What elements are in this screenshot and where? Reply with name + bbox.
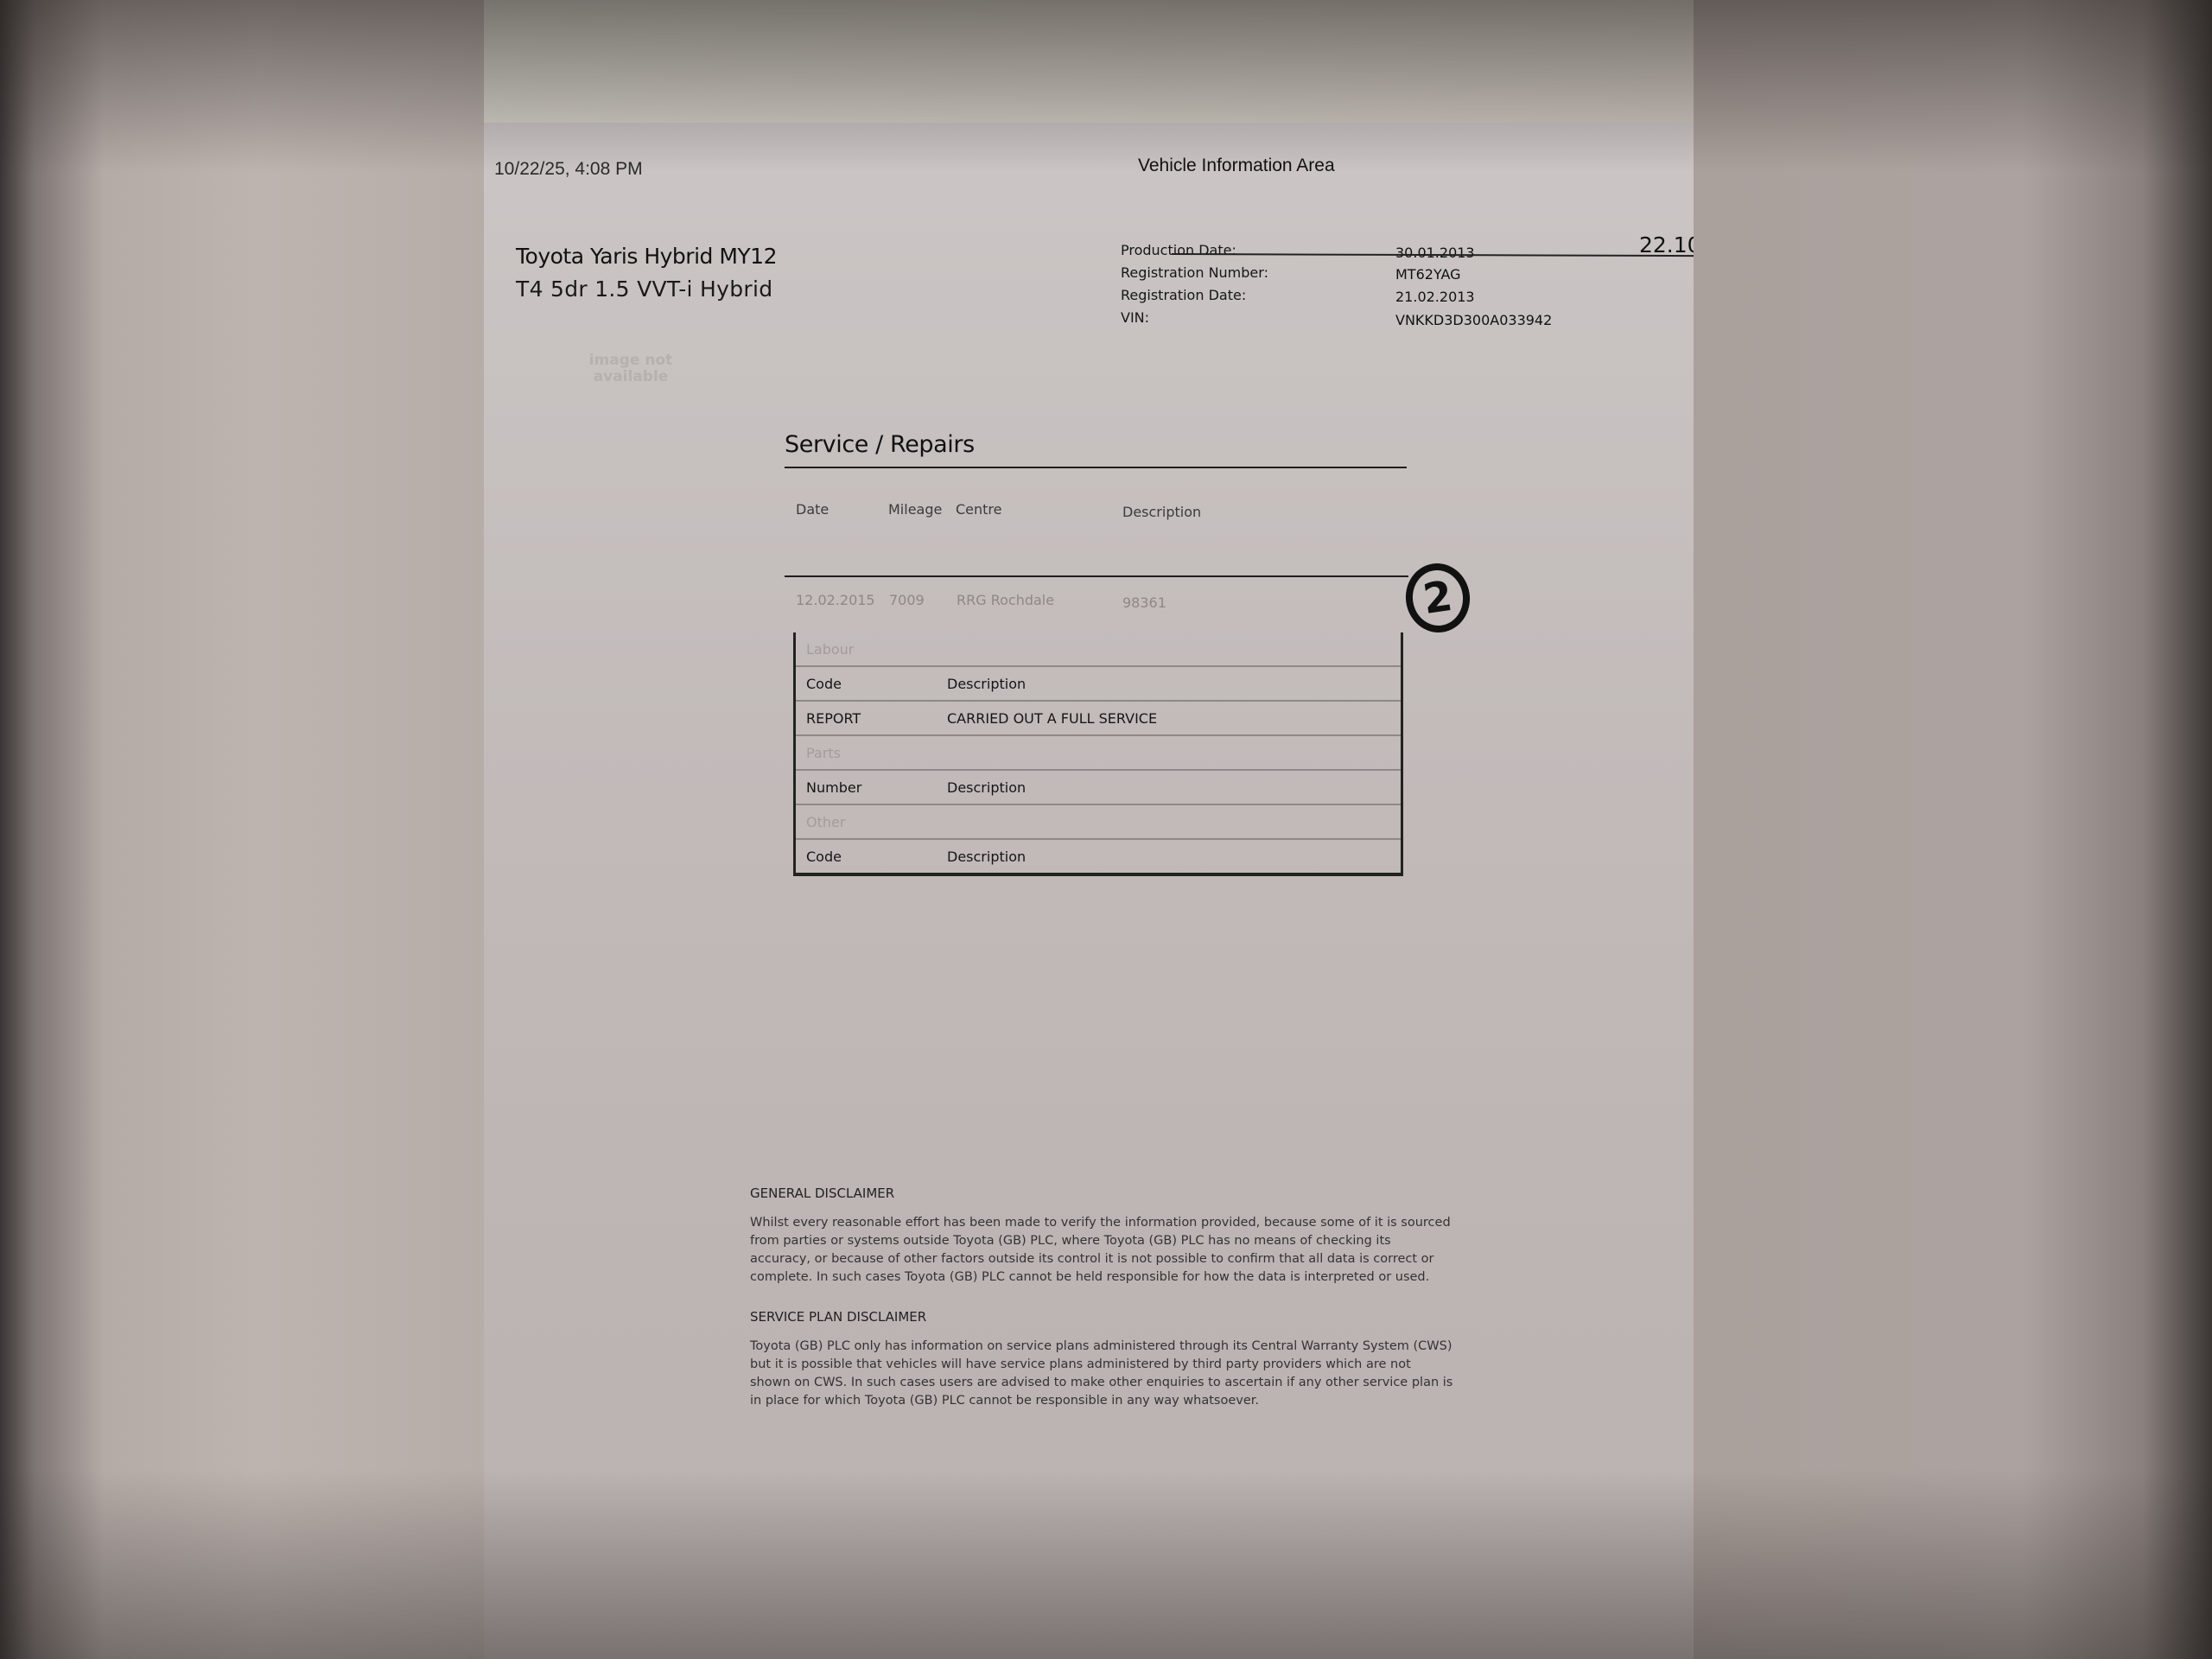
info-value-registration-number: MT62YAG (1395, 266, 1461, 283)
paper-behind (484, 0, 1694, 123)
background-left (0, 0, 484, 1659)
table-row-other-section: Other (796, 805, 1401, 840)
overflow-date: 22.10.20 (1639, 232, 1694, 257)
record-detail-table: Labour Code Description REPORT CARRIED O… (793, 632, 1403, 876)
print-timestamp: 10/22/25, 4:08 PM (494, 159, 643, 180)
info-value-production-date: 30.01.2013 (1395, 245, 1475, 261)
table-row-parts-section: Parts (796, 736, 1401, 771)
parts-description-header: Description (947, 779, 1026, 796)
info-label-registration-date: Registration Date: (1121, 287, 1246, 303)
info-value-registration-date: 21.02.2013 (1395, 289, 1475, 305)
labour-description-header: Description (947, 676, 1026, 692)
page-title: Vehicle Information Area (1138, 156, 1335, 176)
section-label-labour: Labour (806, 641, 854, 658)
table-row-labour-header: Code Description (796, 667, 1401, 702)
disclaimer-line: Whilst every reasonable effort has been … (750, 1216, 1451, 1230)
info-value-vin: VNKKD3D300A033942 (1395, 312, 1552, 328)
disclaimer-line: but it is possible that vehicles will ha… (750, 1357, 1411, 1371)
table-row-other-header: Code Description (796, 840, 1401, 873)
disclaimer-line: shown on CWS. In such cases users are ad… (750, 1376, 1452, 1389)
labour-description-value: CARRIED OUT A FULL SERVICE (947, 710, 1157, 727)
column-header-description: Description (1122, 504, 1201, 520)
heading-rule (785, 467, 1407, 468)
other-description-header: Description (947, 849, 1026, 865)
handwritten-circled-number: 2 (1402, 559, 1474, 637)
section-label-other: Other (806, 814, 845, 830)
column-header-centre: Centre (956, 501, 1002, 518)
disclaimer-line: accuracy, or because of other factors ou… (750, 1252, 1434, 1266)
column-header-mileage: Mileage (888, 501, 942, 518)
record-centre: RRG Rochdale (957, 592, 1054, 608)
other-code-header: Code (806, 849, 842, 865)
disclaimer-line: Toyota (GB) PLC only has information on … (750, 1339, 1452, 1353)
column-header-date: Date (796, 501, 829, 518)
record-description: 98361 (1122, 594, 1166, 611)
info-label-registration-number: Registration Number: (1121, 264, 1268, 281)
printed-page: 10/22/25, 4:08 PM Vehicle Information Ar… (484, 123, 1694, 1659)
table-row-parts-header: Number Description (796, 771, 1401, 805)
labour-code-header: Code (806, 676, 842, 692)
info-label-production-date: Production Date: (1121, 242, 1236, 258)
section-label-parts: Parts (806, 745, 841, 761)
columns-rule (785, 575, 1408, 577)
background-right (1694, 0, 2212, 1659)
parts-number-header: Number (806, 779, 861, 796)
labour-code-value: REPORT (806, 710, 861, 727)
service-heading: Service / Repairs (785, 431, 975, 458)
vehicle-title: Toyota Yaris Hybrid MY12 (516, 244, 777, 269)
record-date: 12.02.2015 (796, 592, 875, 608)
general-disclaimer-heading: GENERAL DISCLAIMER (750, 1185, 894, 1201)
disclaimer-line: in place for which Toyota (GB) PLC canno… (750, 1394, 1259, 1408)
table-row-labour-item: REPORT CARRIED OUT A FULL SERVICE (796, 702, 1401, 736)
record-mileage: 7009 (889, 592, 925, 608)
image-placeholder: image not available (566, 353, 696, 385)
disclaimer-line: from parties or systems outside Toyota (… (750, 1234, 1391, 1248)
vehicle-subtitle: T4 5dr 1.5 VVT-i Hybrid (516, 276, 772, 302)
disclaimer-line: complete. In such cases Toyota (GB) PLC … (750, 1270, 1429, 1284)
info-label-vin: VIN: (1121, 309, 1149, 326)
table-row-labour-section: Labour (796, 632, 1401, 667)
service-plan-disclaimer-heading: SERVICE PLAN DISCLAIMER (750, 1309, 926, 1325)
